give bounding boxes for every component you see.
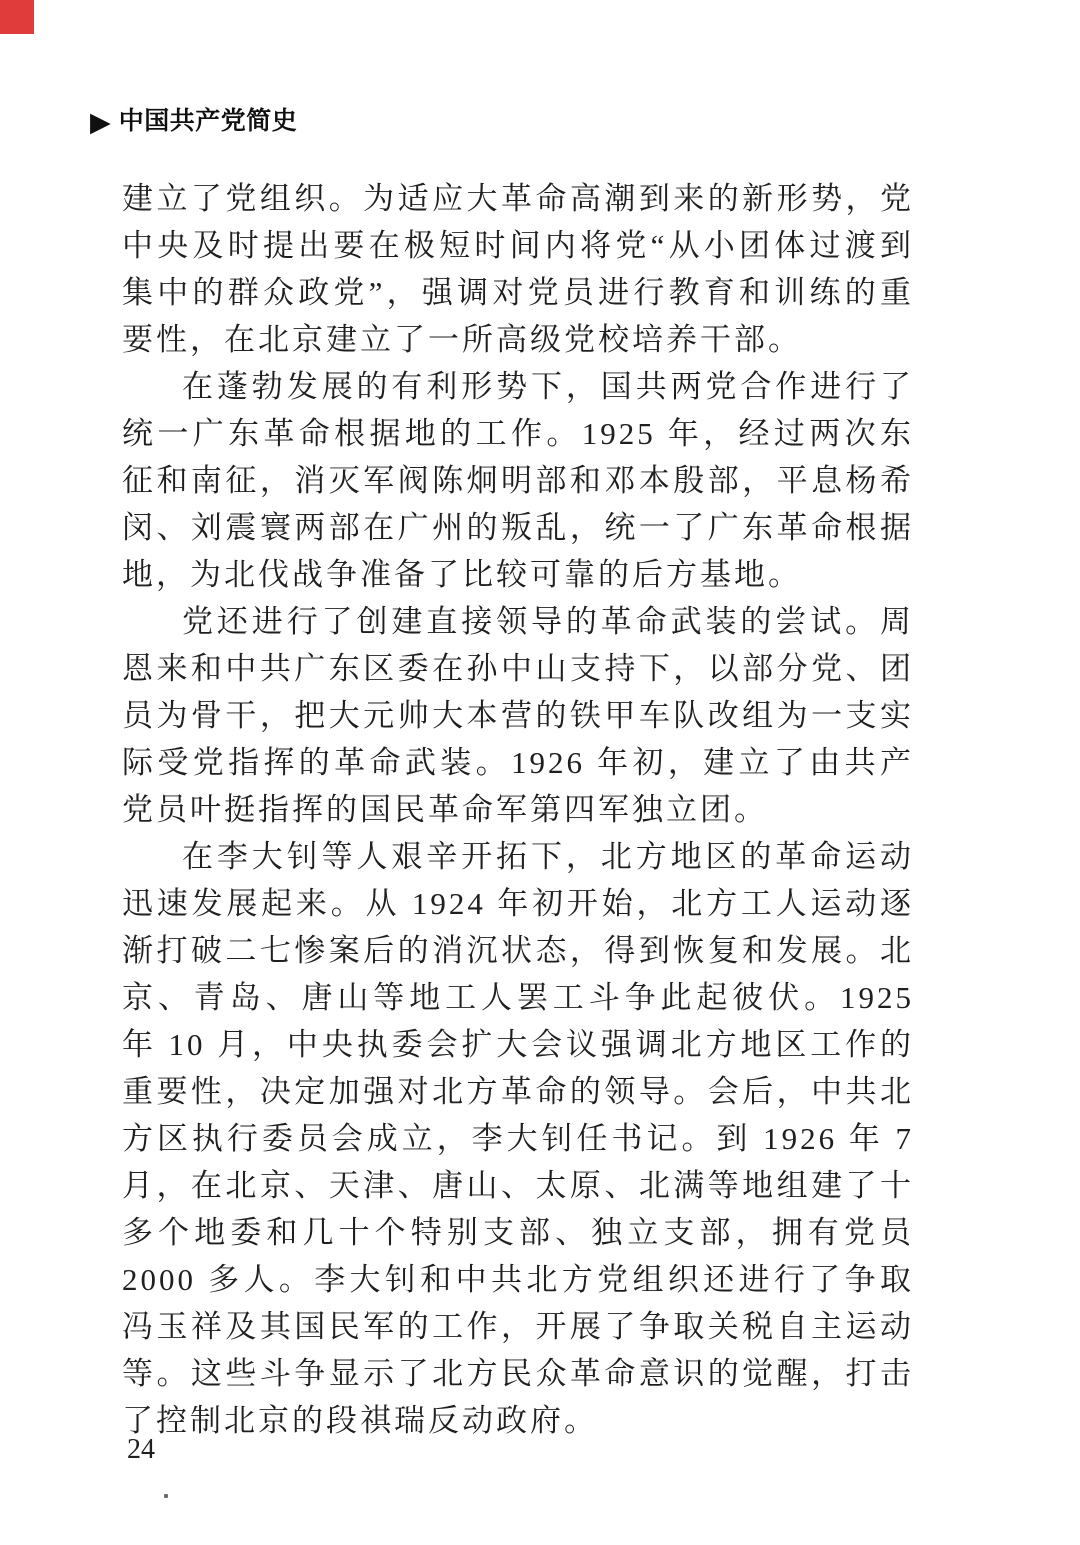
scan-speck-dot [164, 1494, 168, 1498]
paragraph: 党还进行了创建直接领导的革命武装的尝试。周恩来和中共广东区委在孙中山支持下，以部… [122, 598, 914, 833]
paragraph: 建立了党组织。为适应大革命高潮到来的新形势，党中央及时提出要在极短时间内将党“从… [122, 175, 914, 363]
corner-marker [0, 0, 34, 34]
section-marker-icon: ▶ [90, 109, 111, 136]
book-page: ▶ 中国共产党简史 建立了党组织。为适应大革命高潮到来的新形势，党中央及时提出要… [0, 0, 1080, 1545]
book-title: 中国共产党简史 [119, 106, 298, 136]
paragraph: 在蓬勃发展的有利形势下，国共两党合作进行了统一广东革命根据地的工作。1925 年… [122, 363, 914, 598]
page-body: 建立了党组织。为适应大革命高潮到来的新形势，党中央及时提出要在极短时间内将党“从… [122, 175, 914, 1444]
page-number: 24 [127, 1434, 155, 1466]
page-header: ▶ 中国共产党简史 [90, 106, 297, 136]
paragraph: 在李大钊等人艰辛开拓下，北方地区的革命运动迅速发展起来。从 1924 年初开始，… [122, 833, 914, 1444]
